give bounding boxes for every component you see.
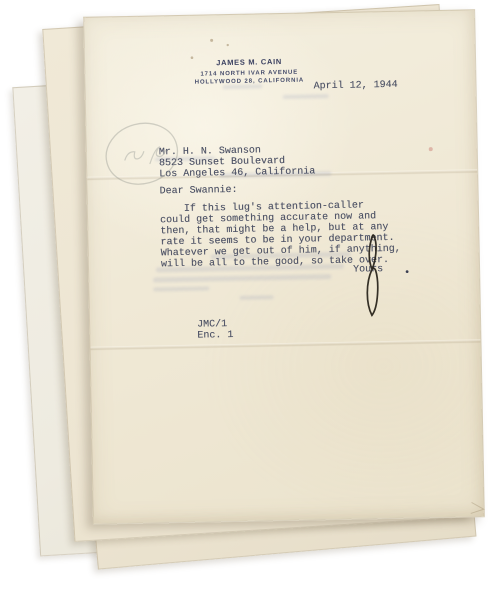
paper-blemish	[190, 39, 229, 60]
fold-crease	[90, 339, 480, 350]
ink-bleedthrough-smudge	[222, 84, 262, 89]
ink-bleedthrough-smudge	[153, 274, 331, 282]
enclosure-note: Enc. 1	[197, 330, 233, 342]
typist-reference: JMC/1	[197, 319, 227, 331]
letter-date: April 12, 1944	[313, 80, 397, 93]
letter-stack-photo: JAMES M. CAIN 1714 NORTH IVAR AVENUE HOL…	[0, 0, 498, 600]
ink-bleedthrough-smudge	[153, 286, 209, 291]
dog-ear-fold	[471, 502, 484, 513]
recipient-line: Los Angeles 46, California	[159, 166, 315, 180]
letter-sheet: JAMES M. CAIN 1714 NORTH IVAR AVENUE HOL…	[83, 9, 485, 524]
red-speck	[429, 147, 433, 151]
ink-dot	[406, 270, 409, 273]
closing: Yours	[353, 264, 383, 276]
ink-bleedthrough-smudge	[240, 295, 274, 300]
salutation: Dear Swannie:	[159, 185, 237, 198]
ink-bleedthrough-smudge	[283, 94, 329, 99]
